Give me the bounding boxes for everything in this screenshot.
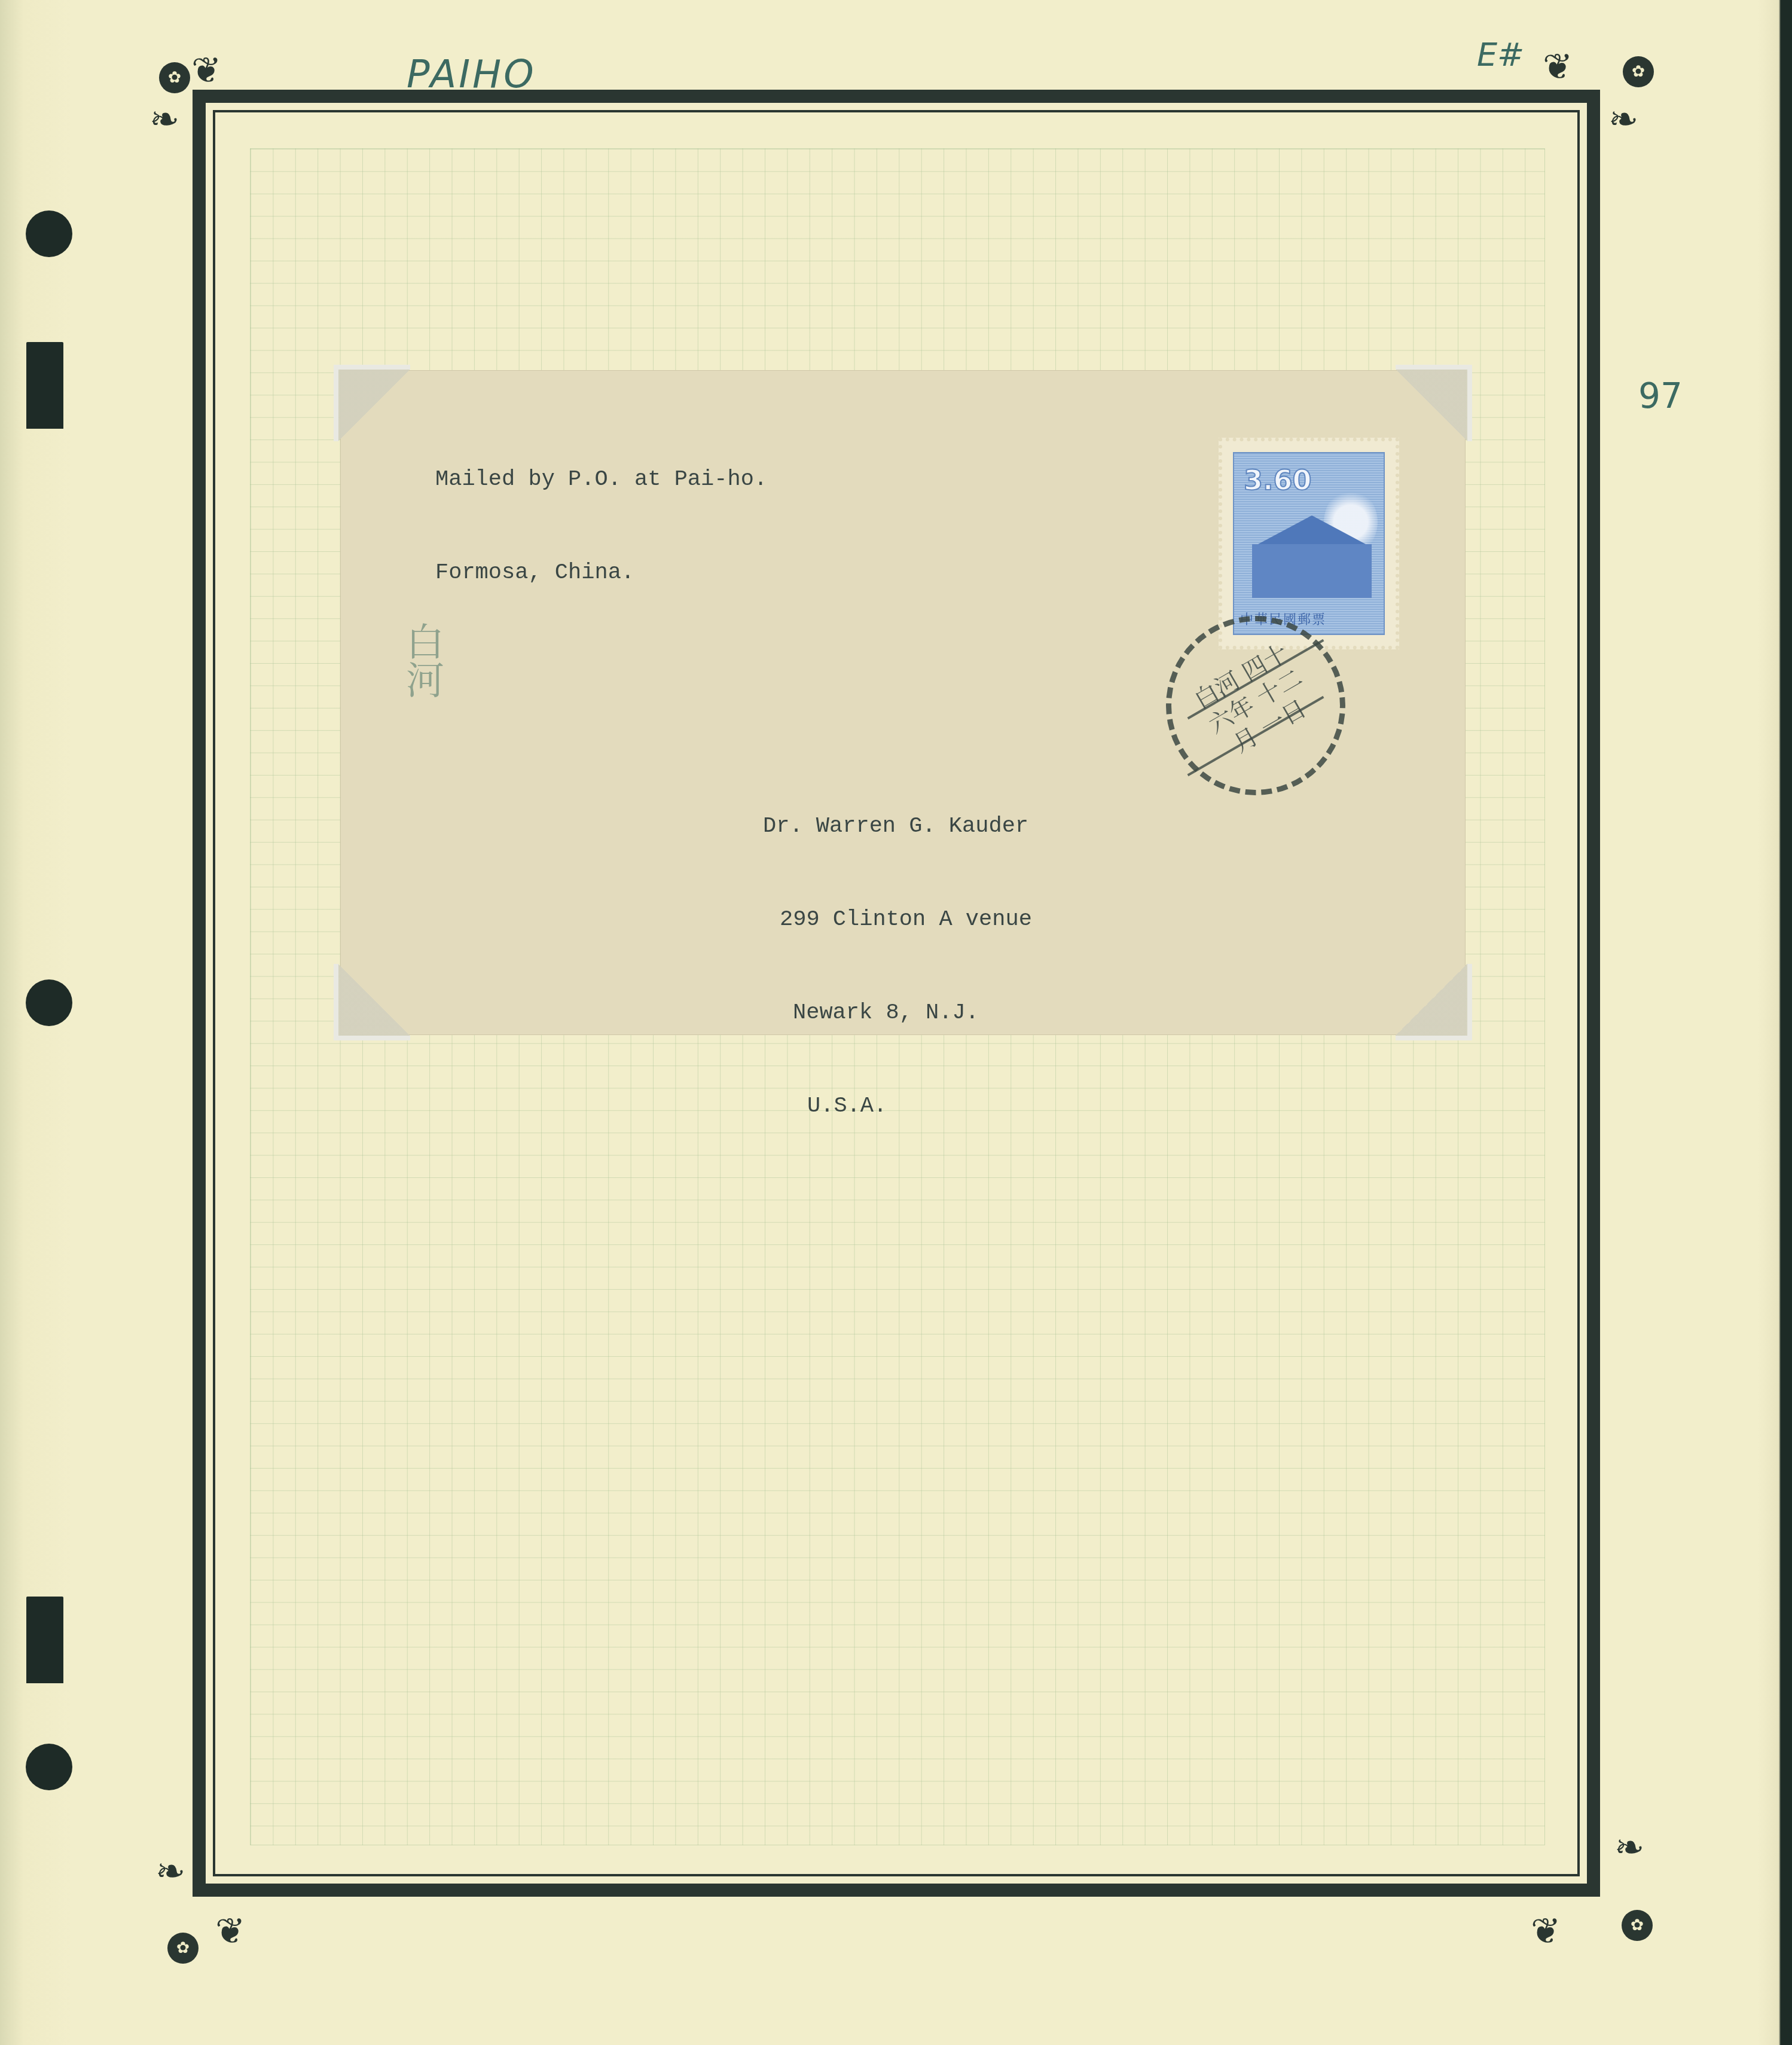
handwritten-heading: PAIHO [407, 53, 536, 97]
album-page: ✿ ✿ ✿ ✿ ❦ ❧ ❦ ❧ ❧ ❦ ❧ ❦ PAIHO E# 97 Mail… [0, 0, 1792, 2045]
photo-corner [334, 964, 410, 1040]
flourish-icon: ❧ [155, 1854, 185, 1890]
rosette-icon: ✿ [1623, 56, 1654, 87]
return-address-line: Formosa, China. [435, 557, 767, 588]
recipient-line: 299 Clinton A venue [763, 904, 1032, 935]
handwritten-note: E# [1477, 36, 1524, 74]
stamp-image: 3.60 中華民國郵票 [1233, 452, 1385, 635]
photo-corner [1396, 365, 1472, 441]
flourish-icon: ❧ [1608, 102, 1638, 138]
flourish-icon: ❦ [1543, 49, 1573, 85]
recipient-address: Dr. Warren G. Kauder 299 Clinton A venue… [763, 749, 1032, 1184]
return-address: Mailed by P.O. at Pai-ho. Formosa, China… [435, 402, 767, 651]
recipient-line: Newark 8, N.J. [763, 997, 1032, 1028]
binder-hole [26, 210, 72, 257]
stamp-denomination: 3.60 [1244, 464, 1312, 496]
binder-hole [26, 1744, 72, 1790]
postmark: 白河 四十六年 十二月 一日 [1166, 616, 1345, 795]
building-icon [1252, 544, 1372, 598]
rosette-icon: ✿ [1622, 1910, 1653, 1941]
binder-tab [26, 342, 63, 429]
flourish-icon: ❧ [149, 102, 179, 138]
flourish-icon: ❦ [1531, 1913, 1561, 1949]
flourish-icon: ❦ [215, 1913, 245, 1949]
binder-hole [26, 979, 72, 1026]
page-number: 97 [1638, 376, 1683, 416]
photo-corner [1396, 964, 1472, 1040]
rosette-icon: ✿ [159, 62, 190, 93]
postal-cover: Mailed by P.O. at Pai-ho. Formosa, China… [341, 371, 1465, 1034]
photo-corner [334, 365, 410, 441]
return-address-line: Mailed by P.O. at Pai-ho. [435, 464, 767, 495]
flourish-icon: ❧ [1614, 1830, 1644, 1866]
pagoda-roof-icon [1258, 515, 1366, 544]
binder-tab [26, 1597, 63, 1683]
rosette-icon: ✿ [167, 1933, 199, 1964]
flourish-icon: ❦ [191, 53, 221, 88]
pencil-annotation: 白河 [395, 622, 448, 698]
recipient-line: Dr. Warren G. Kauder [763, 811, 1032, 842]
recipient-line: U.S.A. [763, 1091, 1032, 1122]
